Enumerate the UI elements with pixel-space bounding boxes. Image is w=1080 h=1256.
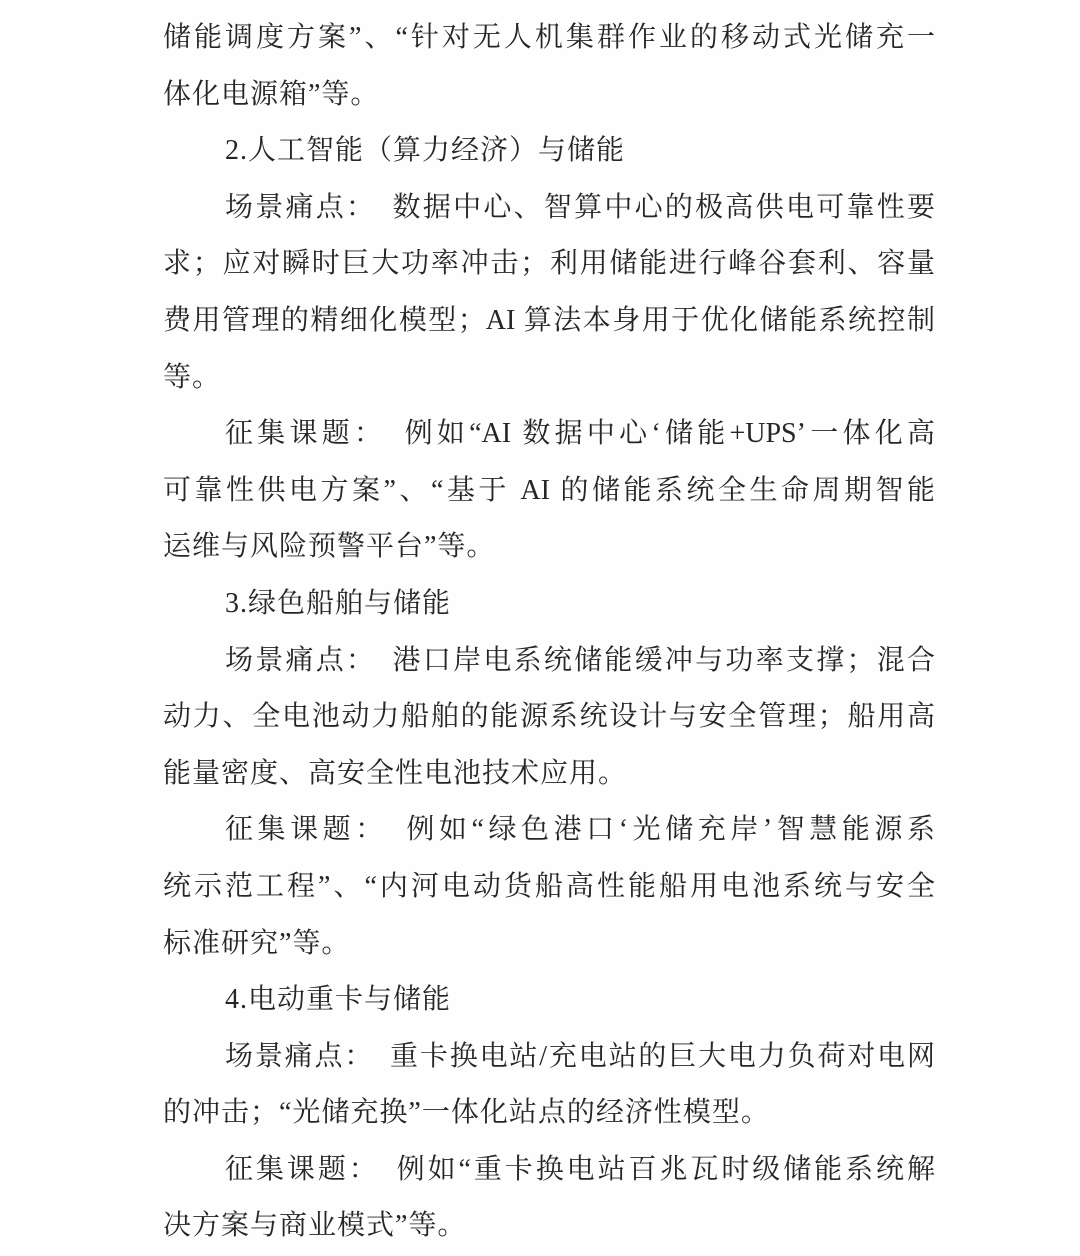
text-line: 标准研究”等。 [163, 916, 935, 973]
text-line: 征集课题： 例如“AI 数据中心‘储能+UPS’一体化高 [163, 406, 935, 463]
section-heading: 3.绿色船舶与储能 [163, 576, 935, 633]
text-line: 体化电源箱”等。 [163, 67, 935, 124]
text-line: 储能调度方案”、“针对无人机集群作业的移动式光储充一 [163, 10, 935, 67]
document-body: 储能调度方案”、“针对无人机集群作业的移动式光储充一体化电源箱”等。2.人工智能… [163, 10, 935, 1255]
text-line: 场景痛点： 数据中心、智算中心的极高供电可靠性要 [163, 180, 935, 237]
document-page: 储能调度方案”、“针对无人机集群作业的移动式光储充一体化电源箱”等。2.人工智能… [0, 0, 1080, 1256]
text-line: 求；应对瞬时巨大功率冲击；利用储能进行峰谷套利、容量 [163, 236, 935, 293]
text-line: 场景痛点： 重卡换电站/充电站的巨大电力负荷对电网 [163, 1029, 935, 1086]
text-line: 征集课题： 例如“绿色港口‘光储充岸’智慧能源系 [163, 802, 935, 859]
text-line: 决方案与商业模式”等。 [163, 1198, 935, 1255]
text-line: 运维与风险预警平台”等。 [163, 519, 935, 576]
text-line: 费用管理的精细化模型；AI 算法本身用于优化储能系统控制 [163, 293, 935, 350]
section-heading: 4.电动重卡与储能 [163, 972, 935, 1029]
text-line: 等。 [163, 350, 935, 407]
text-line: 可靠性供电方案”、“基于 AI 的储能系统全生命周期智能 [163, 463, 935, 520]
text-line: 统示范工程”、“内河电动货船高性能船用电池系统与安全 [163, 859, 935, 916]
text-line: 征集课题： 例如“重卡换电站百兆瓦时级储能系统解 [163, 1142, 935, 1199]
text-line: 场景痛点： 港口岸电系统储能缓冲与功率支撑；混合 [163, 633, 935, 690]
text-line: 的冲击；“光储充换”一体化站点的经济性模型。 [163, 1085, 935, 1142]
text-line: 能量密度、高安全性电池技术应用。 [163, 746, 935, 803]
text-line: 动力、全电池动力船舶的能源系统设计与安全管理；船用高 [163, 689, 935, 746]
section-heading: 2.人工智能（算力经济）与储能 [163, 123, 935, 180]
